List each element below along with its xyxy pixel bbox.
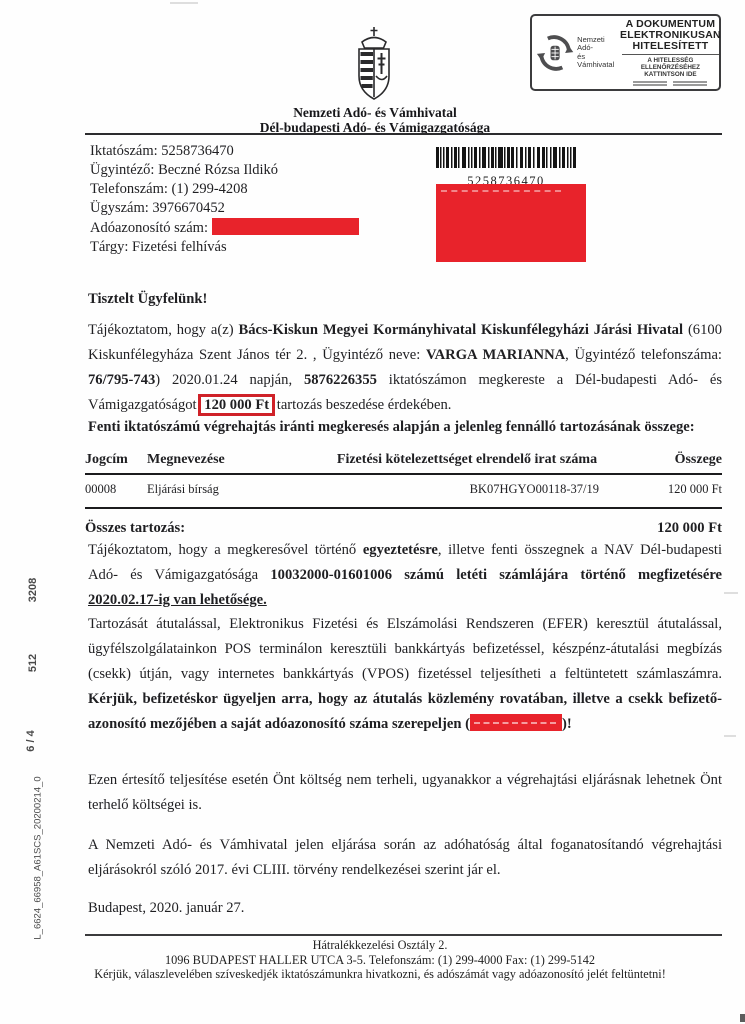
p2-deadline: 2020.02.17-ig van lehetősége. <box>88 592 267 608</box>
document-meta-block: Iktatószám: 5258736470 Ügyintéző: Beczné… <box>90 142 359 257</box>
meta-label: Ügyintéző: <box>90 162 154 178</box>
meta-value: (1) 299-4208 <box>172 181 248 197</box>
col-header-irat-szama: Fizetési kötelezettséget elrendelő irat … <box>327 452 607 468</box>
col-header-osszege: Összege <box>607 452 722 468</box>
table-row: 00008 Eljárási bírság BK07HGYO00118-37/1… <box>85 475 722 509</box>
p1-reference-number: 5876226355 <box>304 372 377 388</box>
p1-phone: 76/795-743 <box>88 372 155 388</box>
meta-value: 5258736470 <box>161 143 234 159</box>
stamp-title-line1: A DOKUMENTUM <box>620 19 721 30</box>
stamp-verify-hint: A HITELESSÉG ELLENŐRZÉSÉHEZ <box>620 57 721 71</box>
scanned-letter-page: 3208 512 6 / 4 L_6624_66958_A61SCS_20200… <box>0 0 745 1024</box>
redaction-block-tax-id <box>212 218 359 235</box>
p1-authority-name: Bács-Kiskun Megyei Kormányhivatal Kiskun… <box>238 322 683 338</box>
paragraph-payment-deadline: Tájékoztatom, hogy a megkeresővel történ… <box>88 538 722 613</box>
meta-label: Ügyszám: <box>90 200 149 216</box>
total-row: Összes tartozás: 120 000 Ft <box>85 509 722 537</box>
col-header-megnevezese: Megnevezése <box>147 452 327 468</box>
meta-value: 3976670452 <box>152 200 225 216</box>
scan-artifact <box>724 592 738 594</box>
hungary-coat-of-arms-icon <box>351 26 397 113</box>
cell-jogcim: 00008 <box>85 482 147 497</box>
e-authentication-stamp: Nemzeti Adó- és Vámhivatal A DOKUMENTUM … <box>530 14 721 91</box>
meta-label: Adóazonosító szám: <box>90 220 208 236</box>
cell-irat-szama: BK07HGYO00118-37/19 <box>327 482 607 497</box>
total-label: Összes tartozás: <box>85 520 185 537</box>
p1-text: ) 2020.01.24 napján, <box>155 372 304 388</box>
meta-targy: Tárgy: Fizetési felhívás <box>90 238 359 257</box>
stamp-logo-caption-line1: Nemzeti Adó- <box>577 36 620 53</box>
p3-warning: Kérjük, befizetéskor ügyeljen arra, hogy… <box>88 691 722 732</box>
table-intro: Fenti iktatószámú végrehajtás iránti meg… <box>88 415 722 440</box>
letterhead-divider <box>85 133 722 135</box>
date-line: Budapest, 2020. január 27. <box>88 896 722 921</box>
stamp-title-line3: HITELESÍTETT <box>620 41 721 52</box>
stamp-click-here-link[interactable]: KATTINTSON IDE <box>620 71 721 78</box>
meta-value: Beczné Rózsa Ildikó <box>158 162 278 178</box>
meta-ugyintezo: Ügyintéző: Beczné Rózsa Ildikó <box>90 161 359 180</box>
debt-table-header: Jogcím Megnevezése Fizetési kötelezettsé… <box>85 452 722 475</box>
total-value: 120 000 Ft <box>657 520 722 537</box>
scan-marking-code: L_6624_66958_A61SCS_20200214_0 <box>33 776 44 939</box>
p1-text: , Ügyintéző telefonszáma: <box>565 347 722 363</box>
salutation: Tisztelt Ügyfelünk! <box>88 287 722 312</box>
stamp-divider <box>622 54 719 55</box>
p2-bold: egyeztetésre <box>363 542 438 558</box>
stamp-logo-caption-line2: és Vámhivatal <box>577 53 620 70</box>
footer-department: Hátralékkezelési Osztály 2. <box>60 938 700 953</box>
paragraph-legal-basis: A Nemzeti Adó- és Vámhivatal jelen eljár… <box>88 833 722 883</box>
footer-block: Hátralékkezelési Osztály 2. 1096 BUDAPES… <box>60 938 700 982</box>
org-name-line1: Nemzeti Adó- és Vámhivatal <box>85 105 665 120</box>
debt-table: Jogcím Megnevezése Fizetési kötelezettsé… <box>85 452 722 537</box>
p2-account-number: 10032000-01601006 számú letéti számlájár… <box>270 567 722 583</box>
barcode-bars-icon <box>436 147 576 168</box>
scan-artifact <box>724 735 736 737</box>
p3-text: Tartozását átutalással, Elektronikus Fiz… <box>88 616 722 682</box>
meta-label: Iktatószám: <box>90 143 158 159</box>
meta-telefonszam: Telefonszám: (1) 299-4208 <box>90 180 359 199</box>
redaction-block-recipient <box>436 184 586 262</box>
footer-divider <box>85 934 722 936</box>
p2-text: Tájékoztatom, hogy a megkeresővel történ… <box>88 542 363 558</box>
nav-circular-arrows-icon <box>536 31 574 75</box>
meta-label: Telefonszám: <box>90 181 168 197</box>
scan-marking-2: 512 <box>27 654 39 672</box>
stamp-logo-caption: Nemzeti Adó- és Vámhivatal <box>577 36 620 70</box>
meta-ugyszam: Ügyszám: 3976670452 <box>90 199 359 218</box>
scan-marking-1: 3208 <box>27 578 39 602</box>
meta-iktatoszam: Iktatószám: 5258736470 <box>90 142 359 161</box>
paragraph-payment-methods: Tartozását átutalással, Elektronikus Fiz… <box>88 612 722 737</box>
meta-value: Fizetési felhívás <box>132 239 227 255</box>
stamp-fine-print <box>620 80 721 87</box>
paragraph-costs: Ezen értesítő teljesítése esetén Önt köl… <box>88 768 722 818</box>
stamp-logo: Nemzeti Adó- és Vámhivatal <box>536 31 620 75</box>
paragraph-request-info: Tájékoztatom, hogy a(z) Bács-Kiskun Megy… <box>88 318 722 418</box>
meta-adoazonosito: Adóazonosító szám: <box>90 218 359 238</box>
scan-marking-page: 6 / 4 <box>25 730 37 751</box>
cell-megnevezese: Eljárási bírság <box>147 482 327 497</box>
highlighted-amount: 120 000 Ft <box>198 394 275 416</box>
p1-case-officer: VARGA MARIANNA <box>426 347 565 363</box>
footer-note: Kérjük, válaszlevelében szíveskedjék ikt… <box>60 967 700 982</box>
p3-warning-end: )! <box>562 716 572 732</box>
scan-artifact <box>170 2 198 4</box>
p1-text: Tájékoztatom, hogy a(z) <box>88 322 238 338</box>
col-header-jogcim: Jogcím <box>85 452 147 468</box>
barcode: 5258736470 <box>436 147 576 189</box>
redaction-block-tax-id-inline <box>470 714 562 731</box>
stamp-title-line2: ELEKTRONIKUSAN <box>620 30 721 41</box>
cell-osszege: 120 000 Ft <box>607 482 722 497</box>
meta-label: Tárgy: <box>90 239 128 255</box>
p1-text: tartozás beszedése érdekében. <box>273 397 451 413</box>
scan-artifact <box>740 1014 745 1022</box>
footer-address: 1096 BUDAPEST HALLER UTCA 3-5. Telefonsz… <box>60 953 700 968</box>
